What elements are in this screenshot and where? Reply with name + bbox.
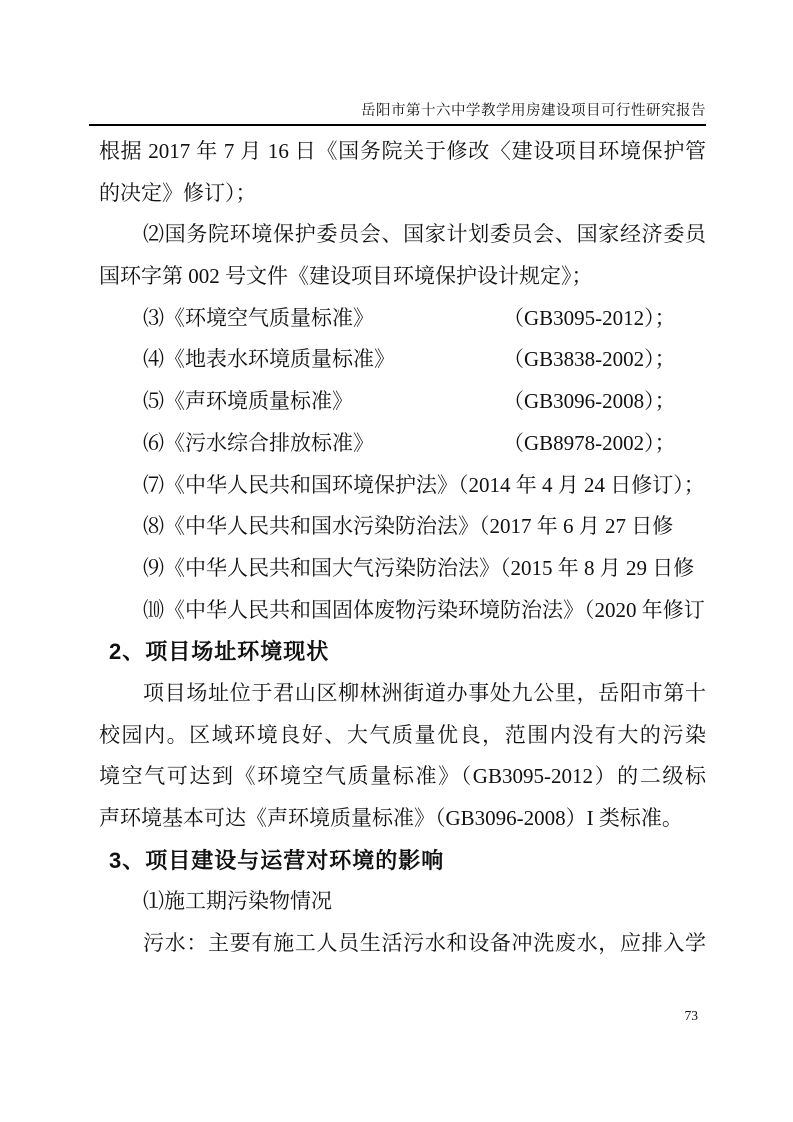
doc-line: 的决定》修订）； xyxy=(99,173,706,215)
doc-line-subitem-1: ⑴施工期污染物情况 xyxy=(99,881,706,923)
standard-name: ⑸《声环境质量标准》 xyxy=(143,389,353,413)
doc-line: 污水：主要有施工人员生活污水和设备冲洗废水，应排入学校内的市 xyxy=(99,923,706,965)
standard-item-line-5: ⑸《声环境质量标准》 （GB3096-2008）； xyxy=(99,381,706,423)
doc-line-item-8: ⑻《中华人民共和国水污染防治法》（2017 年 6 月 27 日修订）； xyxy=(99,506,706,548)
doc-line: 校园内。区域环境良好、大气质量优良，范围内没有大的污染源，目前环 xyxy=(99,715,706,757)
doc-line: 境空气可达到《环境空气质量标准》（GB3095-2012）的二级标准，区域 xyxy=(99,756,706,798)
standard-item-line-3: ⑶《环境空气质量标准》 （GB3095-2012）； xyxy=(99,298,706,340)
page-header-title: 岳阳市第十六中学教学用房建设项目可行性研究报告 xyxy=(361,99,706,120)
standard-code: （GB8978-2002）； xyxy=(503,423,676,465)
standard-item-line-4: ⑷《地表水环境质量标准》 （GB3838-2002）； xyxy=(99,339,706,381)
standard-name: ⑷《地表水环境质量标准》 xyxy=(143,347,395,371)
standard-name: ⑶《环境空气质量标准》 xyxy=(143,306,374,330)
document-body: 根据 2017 年 7 月 16 日《国务院关于修改〈建设项目环境保护管理条例〉… xyxy=(99,131,706,965)
standard-code: （GB3838-2002）； xyxy=(503,339,676,381)
standard-name: ⑹《污水综合排放标准》 xyxy=(143,431,374,455)
doc-line-item-2: ⑵国务院环境保护委员会、国家计划委员会、国家经济委员会（87） xyxy=(99,214,706,256)
doc-line-item-9: ⑼《中华人民共和国大气污染防治法》（2015 年 8 月 29 日修订）； xyxy=(99,548,706,590)
standard-code: （GB3095-2012）； xyxy=(503,298,676,340)
doc-line: 声环境基本可达《声环境质量标准》（GB3096-2008）I 类标准。 xyxy=(99,798,706,840)
standard-item-line-6: ⑹《污水综合排放标准》 （GB8978-2002）； xyxy=(99,423,706,465)
header-rule xyxy=(89,124,706,126)
section-heading-3: 3、项目建设与运营对环境的影响 xyxy=(99,840,706,882)
doc-line: 国环字第 002 号文件《建设项目环境保护设计规定》； xyxy=(99,256,706,298)
doc-line-item-7: ⑺《中华人民共和国环境保护法》（2014 年 4 月 24 日修订）； xyxy=(99,465,706,507)
standard-code: （GB3096-2008）； xyxy=(503,381,676,423)
page-number: 73 xyxy=(685,1008,699,1024)
doc-line: 根据 2017 年 7 月 16 日《国务院关于修改〈建设项目环境保护管理条例〉 xyxy=(99,131,706,173)
doc-line: 项目场址位于君山区柳林洲街道办事处九公里，岳阳市第十六中学 xyxy=(99,673,706,715)
document-page: 岳阳市第十六中学教学用房建设项目可行性研究报告 根据 2017 年 7 月 16… xyxy=(0,0,793,1122)
doc-line-item-10: ⑽《中华人民共和国固体废物污染环境防治法》（2020 年修订版）。 xyxy=(99,590,706,632)
section-heading-2: 2、项目场址环境现状 xyxy=(99,631,706,673)
